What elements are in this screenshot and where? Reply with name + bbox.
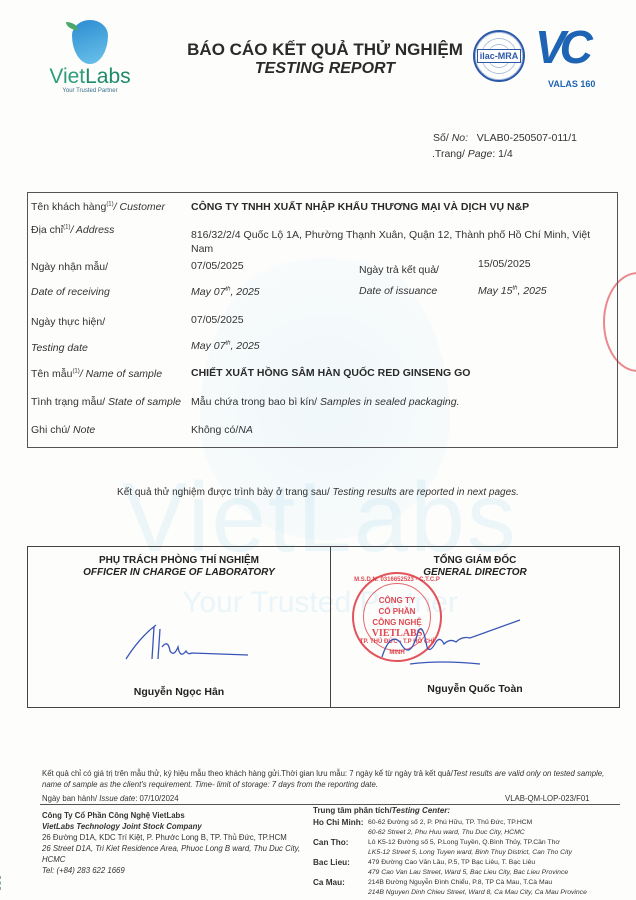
issuance-label-en: Date of issuance [359,285,437,297]
testing-center-location: Can Tho: Lô K5-12 Đường số 5, P.Long Tuy… [313,838,633,857]
company-tel: Tel: (+84) 283 622 1669 [42,865,312,876]
director-title-vn: TỔNG GIÁM ĐỐC [331,555,619,566]
logo-tagline: Your Trusted Partner [40,88,140,94]
issuance-value-en: May 15th, 2025 [478,285,547,297]
testing-label-vn: Ngày thực hiện/ [31,316,105,328]
page-number: .Trang/ Page: 1/4 [432,148,513,160]
sample-state-value: Mẫu chứa trong bao bì kín/ Samples in se… [191,396,460,408]
vietlabs-drop-logo-icon [72,20,108,64]
testing-center-location: Ho Chi Minh: 60-62 Đường số 2, P. Phú Hữ… [313,818,633,837]
scan-edge-mark [0,876,9,890]
note-value: Không có/NA [191,424,253,436]
testing-center-info: Trung tâm phân tích/Testing Center: Ho C… [313,806,633,898]
logo-wordmark: VietLabs [40,66,140,88]
form-code: VLAB-QM-LOP-023/F01 [505,794,590,803]
address-label: Địa chỉ(1)/ Address [31,224,114,236]
customer-value: CÔNG TY TNHH XUẤT NHẬP KHẨU THƯƠNG MẠI V… [191,201,529,213]
testing-label-en: Testing date [31,342,88,354]
issue-date: Ngày ban hành/ Issue date: 07/10/2024 [42,794,179,803]
vc-accreditation-logo-icon: VC [535,25,625,70]
issuance-value-vn: 15/05/2025 [478,258,531,270]
director-name: Nguyễn Quốc Toàn [331,683,619,695]
ilac-mra-logo-icon: ilac-MRA [473,30,525,82]
company-info: Công Ty Cổ Phần Công Nghệ VietLabs VietL… [42,810,312,876]
results-note: Kết quả thử nghiệm được trình bày ở tran… [0,487,636,498]
footer-divider [40,804,620,805]
note-label: Ghi chú/ Note [31,424,95,436]
testing-value-en: May 07th, 2025 [191,340,260,352]
sample-state-label: Tình trạng mẫu/ State of sample [31,396,181,408]
lab-officer-signature-box: PHỤ TRÁCH PHÒNG THÍ NGHIỆM OFFICER IN CH… [27,546,330,708]
director-signature-icon [370,612,530,672]
address-value-line2: Nam [191,243,213,255]
vietlabs-logo: VietLabs Your Trusted Partner [40,20,140,95]
report-title-vn: BÁO CÁO KẾT QUẢ THỬ NGHIỆM [170,40,480,60]
company-name-en: VietLabs Technology Joint Stock Company [42,821,312,832]
lab-officer-title-en: OFFICER IN CHARGE OF LABORATORY [28,567,330,578]
validity-disclaimer: Kết quả chỉ có giá trị trên mẫu thử, ký … [42,768,617,790]
report-title-en: TESTING REPORT [170,60,480,78]
receiving-value-vn: 07/05/2025 [191,260,244,272]
sample-name-label: Tên mẫu(1)/ Name of sample [31,368,162,380]
company-name-vn: Công Ty Cổ Phần Công Nghệ VietLabs [42,810,312,821]
issuance-label-vn: Ngày trả kết quả/ [359,264,439,276]
receiving-value-en: May 07th, 2025 [191,286,260,298]
receiving-label-en: Date of receiving [31,286,110,298]
customer-label: Tên khách hàng(1)/ Customer [31,201,165,213]
company-address-vn: 26 Đường D1A, KDC Trí Kiệt, P. Phước Lon… [42,832,312,843]
lab-officer-title-vn: PHỤ TRÁCH PHÒNG THÍ NGHIỆM [28,555,330,566]
lab-officer-signature-icon [118,617,258,667]
testing-value-vn: 07/05/2025 [191,314,244,326]
testing-center-location: Bac Lieu: 479 Đường Cao Văn Lầu, P.5, TP… [313,858,633,877]
document-number: Số/ No: VLAB0-250507-011/1 [433,132,577,144]
lab-officer-name: Nguyễn Ngọc Hân [28,686,330,698]
receiving-label-vn: Ngày nhận mẫu/ [31,261,108,273]
valas-label: VALAS 160 [548,79,595,89]
testing-center-title: Trung tâm phân tích/Testing Center: [313,806,633,815]
address-value-line1: 816/32/2/4 Quốc Lộ 1A, Phường Thạnh Xuân… [191,229,590,241]
sample-name-value: CHIẾT XUẤT HỒNG SÂM HÀN QUỐC RED GINSENG… [191,367,470,379]
testing-center-location: Ca Mau: 214B Đường Nguyễn Đình Chiểu, P.… [313,878,633,897]
company-address-en: 26 Street D1A, Tri Kiet Residence Area, … [42,843,312,865]
